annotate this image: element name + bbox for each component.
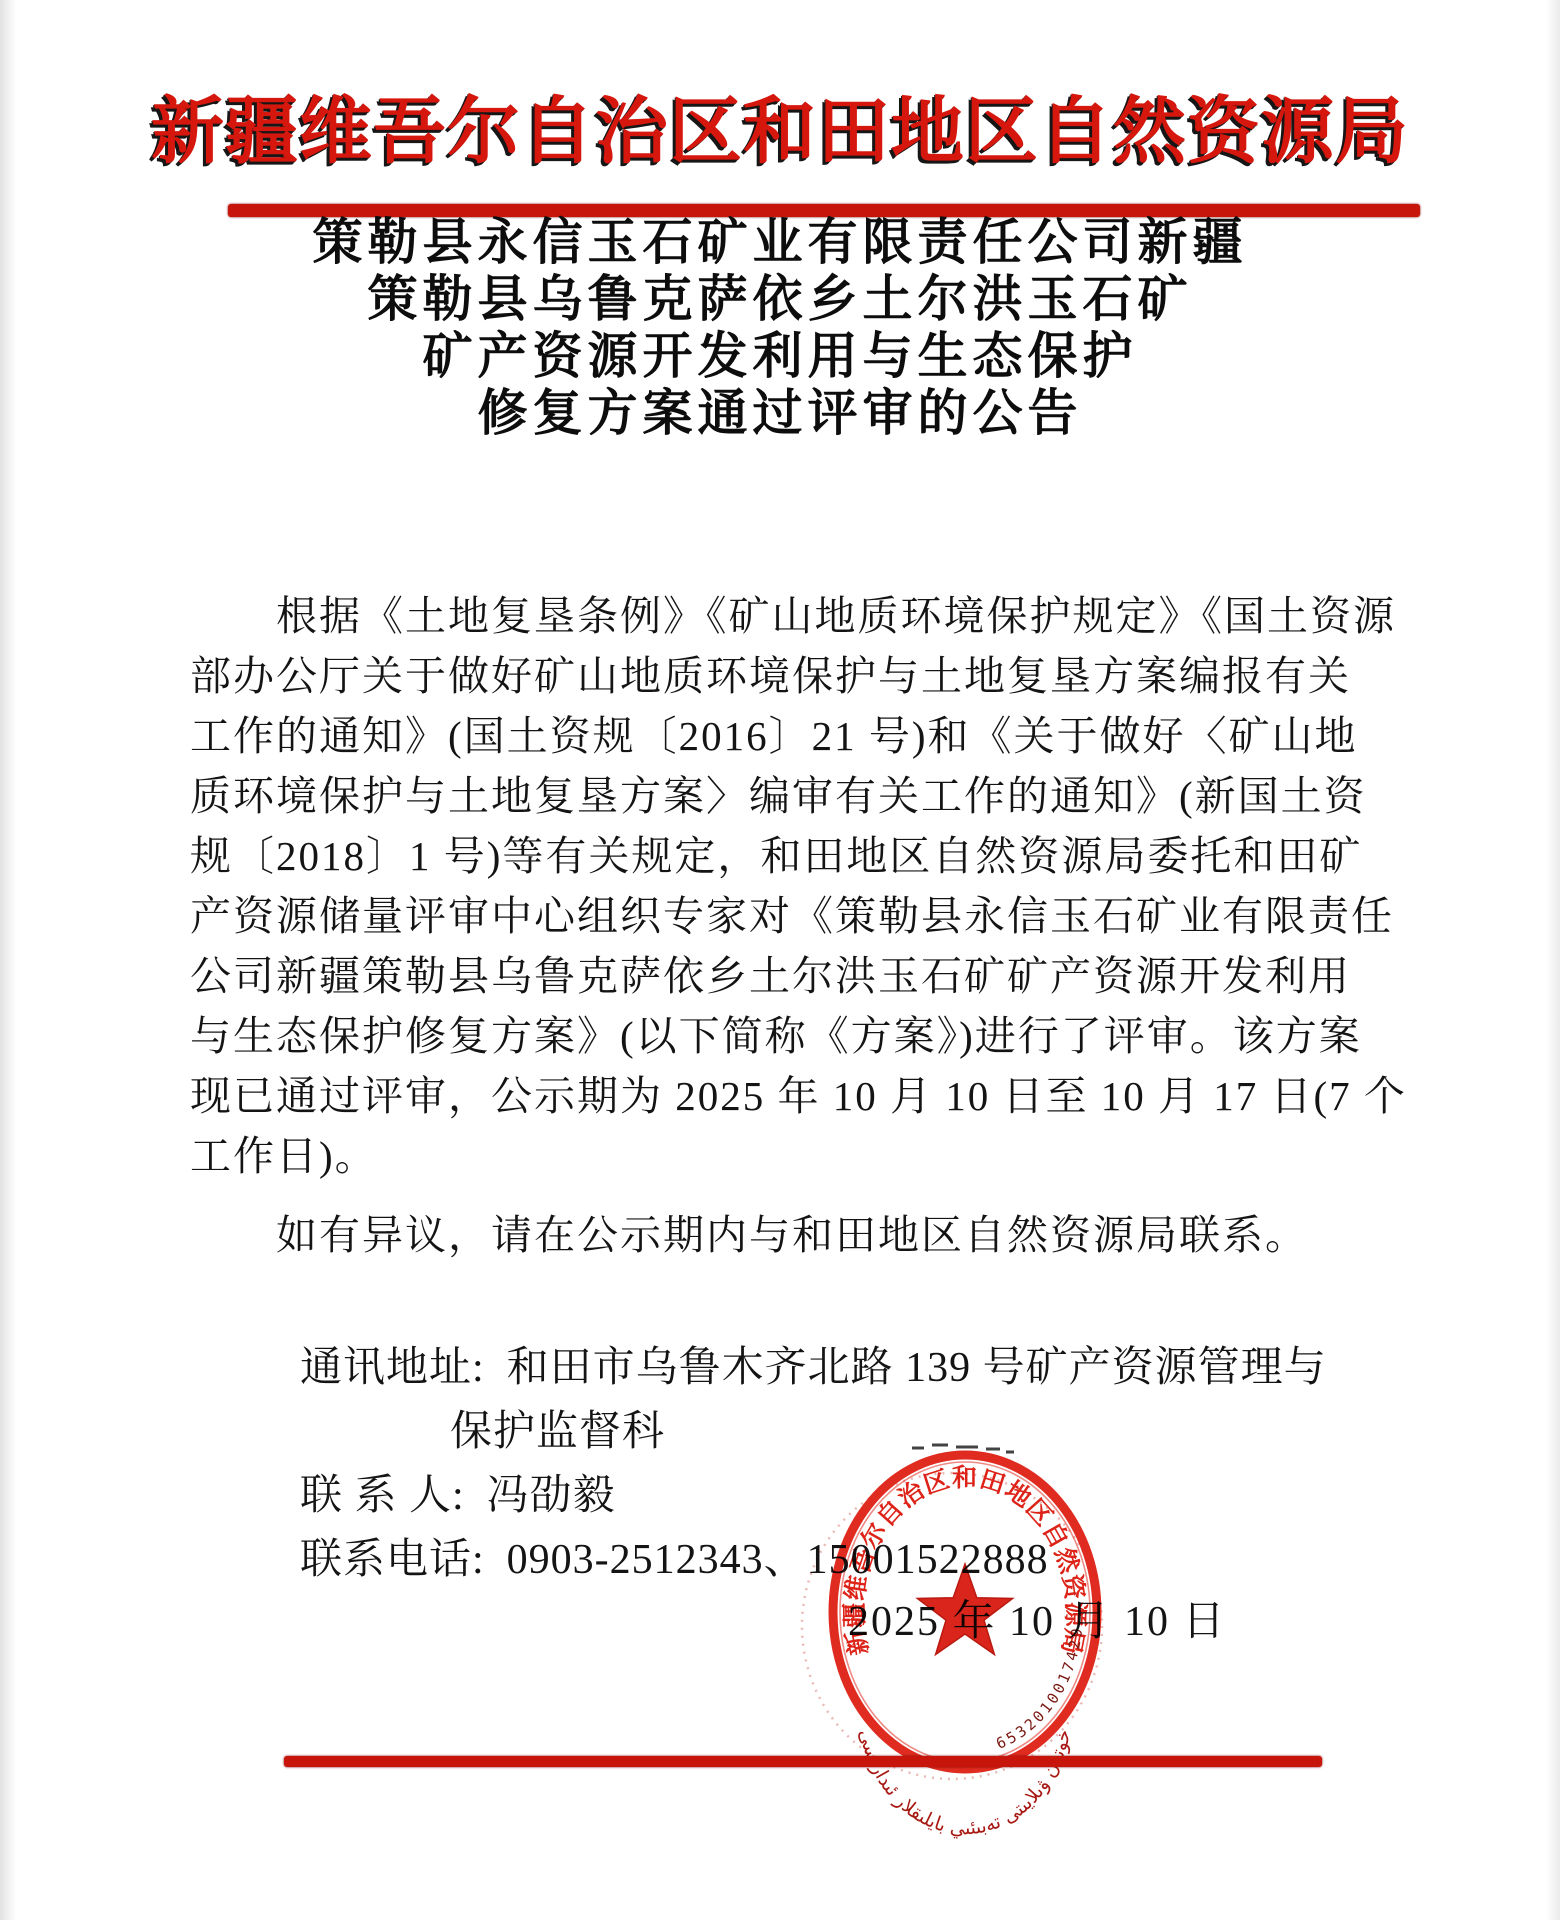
contact-person-label: 联 系 人: [300,1473,465,1519]
contact-address-label: 通讯地址: [300,1345,485,1391]
document-title-line: 策勒县乌鲁克萨依乡土尔洪玉石矿 [0,271,1560,328]
body-line: 工作日)。 [190,1126,1380,1186]
body-line: 根据《土地复垦条例》《矿山地质环境保护规定》《国土资源 [190,586,1380,646]
body-line: 规〔2018〕1 号)等有关规定，和田地区自然资源局委托和田矿 [190,826,1380,886]
letterhead-agency-name: 新疆维吾尔自治区和田地区自然资源局 [0,72,1560,177]
contact-address-value-2: 保护监督科 [450,1409,665,1455]
body-line: 公司新疆策勒县乌鲁克萨依乡土尔洪玉石矿矿产资源开发利用 [190,946,1380,1006]
contact-phone-label: 联系电话: [300,1537,485,1583]
footer-red-rule [284,1756,1322,1767]
body-line: 与生态保护修复方案》(以下简称《方案》)进行了评审。该方案 [190,1006,1380,1066]
contact-address-value: 和田市乌鲁木齐北路 139 号矿产资源管理与 [507,1345,1327,1391]
contact-address-row: 通讯地址:和田市乌鲁木齐北路 139 号矿产资源管理与 [300,1336,1400,1400]
body-line: 工作的通知》(国土资规〔2016〕21 号)和《关于做好〈矿山地 [190,706,1380,766]
document-title-line: 矿产资源开发利用与生态保护 [0,328,1560,385]
document-title-line: 修复方案通过评审的公告 [0,385,1560,442]
seal-star-icon [917,1564,1012,1655]
contact-person-value: 冯劭毅 [487,1473,616,1519]
body-line: 部办公厅关于做好矿山地质环境保护与土地复垦方案编报有关 [190,646,1380,706]
official-seal: 新疆维吾尔自治区和田地区自然资源局 خوتەن ۋىلايىتى تەبىئىي… [800,1442,1130,1782]
body-line: 产资源储量评审中心组织专家对《策勒县永信玉石矿业有限责任 [190,886,1380,946]
body-line: 质环境保护与土地复垦方案〉编审有关工作的通知》(新国土资 [190,766,1380,826]
body-paragraph-2: 如有异议，请在公示期内与和田地区自然资源局联系。 [190,1205,1380,1265]
document-title: 策勒县永信玉石矿业有限责任公司新疆策勒县乌鲁克萨依乡土尔洪玉石矿矿产资源开发利用… [0,214,1560,442]
document-title-line: 策勒县永信玉石矿业有限责任公司新疆 [0,214,1560,271]
scanned-announcement-page: 新疆维吾尔自治区和田地区自然资源局 策勒县永信玉石矿业有限责任公司新疆策勒县乌鲁… [0,0,1560,1920]
body-line: 现已通过评审，公示期为 2025 年 10 月 10 日至 10 月 17 日(… [190,1066,1380,1126]
body-paragraph-1: 根据《土地复垦条例》《矿山地质环境保护规定》《国土资源部办公厅关于做好矿山地质环… [190,586,1380,1186]
